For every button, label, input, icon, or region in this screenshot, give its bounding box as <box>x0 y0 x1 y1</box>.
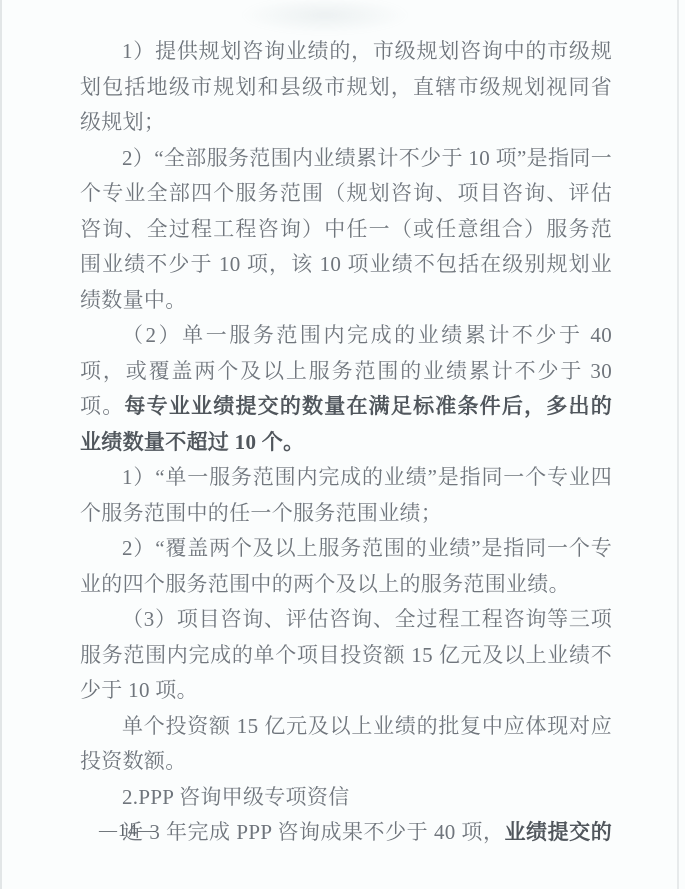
text-run: 单个投资额 15 亿元及以上业绩的批复中应体现对应投资数额。 <box>80 714 612 774</box>
bold-text-run: 业绩提交的 <box>505 820 613 844</box>
document-page: 1）提供规划咨询业绩的，市级规划咨询中的市级规划包括地级市规划和县级市规划，直辖… <box>0 0 685 889</box>
document-body: 1）提供规划咨询业绩的，市级规划咨询中的市级规划包括地级市规划和县级市规划，直辖… <box>80 34 612 851</box>
paragraph: 1）“单一服务范围内完成的业绩”是指同一个专业四个服务范围中的任一个服务范围业绩… <box>80 460 612 531</box>
scan-edge-left <box>0 0 2 889</box>
text-run: 2.PPP 咨询甲级专项资信 <box>122 785 349 809</box>
page-number: —14— <box>99 820 157 841</box>
paragraph: （3）项目咨询、评估咨询、全过程工程咨询等三项服务范围内完成的单个项目投资额 1… <box>80 602 612 709</box>
paragraph: 2）“覆盖两个及以上服务范围的业绩”是指同一个专业的四个服务范围中的两个及以上的… <box>80 531 612 602</box>
text-run: 2）“覆盖两个及以上服务范围的业绩”是指同一个专业的四个服务范围中的两个及以上的… <box>80 536 612 596</box>
text-run: 1）“单一服务范围内完成的业绩”是指同一个专业四个服务范围中的任一个服务范围业绩… <box>80 465 612 525</box>
paragraph: 2.PPP 咨询甲级专项资信 <box>80 780 612 816</box>
paragraph: 单个投资额 15 亿元及以上业绩的批复中应体现对应投资数额。 <box>80 709 612 780</box>
paragraph: 2）“全部服务范围内业绩累计不少于 10 项”是指同一个专业全部四个服务范围（规… <box>80 141 612 319</box>
scan-edge-right <box>677 0 679 889</box>
paragraph: （2）单一服务范围内完成的业绩累计不少于 40 项，或覆盖两个及以上服务范围的业… <box>80 318 612 460</box>
text-run: 1）提供规划咨询业绩的，市级规划咨询中的市级规划包括地级市规划和县级市规划，直辖… <box>80 39 612 134</box>
text-run: （3）项目咨询、评估咨询、全过程工程咨询等三项服务范围内完成的单个项目投资额 1… <box>80 607 612 702</box>
paragraph: 1）提供规划咨询业绩的，市级规划咨询中的市级规划包括地级市规划和县级市规划，直辖… <box>80 34 612 141</box>
text-run: 近 3 年完成 PPP 咨询成果不少于 40 项， <box>122 820 505 844</box>
text-run: 2）“全部服务范围内业绩累计不少于 10 项”是指同一个专业全部四个服务范围（规… <box>80 146 612 312</box>
scan-smudge <box>240 0 410 34</box>
bold-text-run: 每专业业绩提交的数量在满足标准条件后，多出的业绩数量不超过 10 个。 <box>80 394 612 454</box>
paragraph: 近 3 年完成 PPP 咨询成果不少于 40 项，业绩提交的 <box>80 815 612 851</box>
